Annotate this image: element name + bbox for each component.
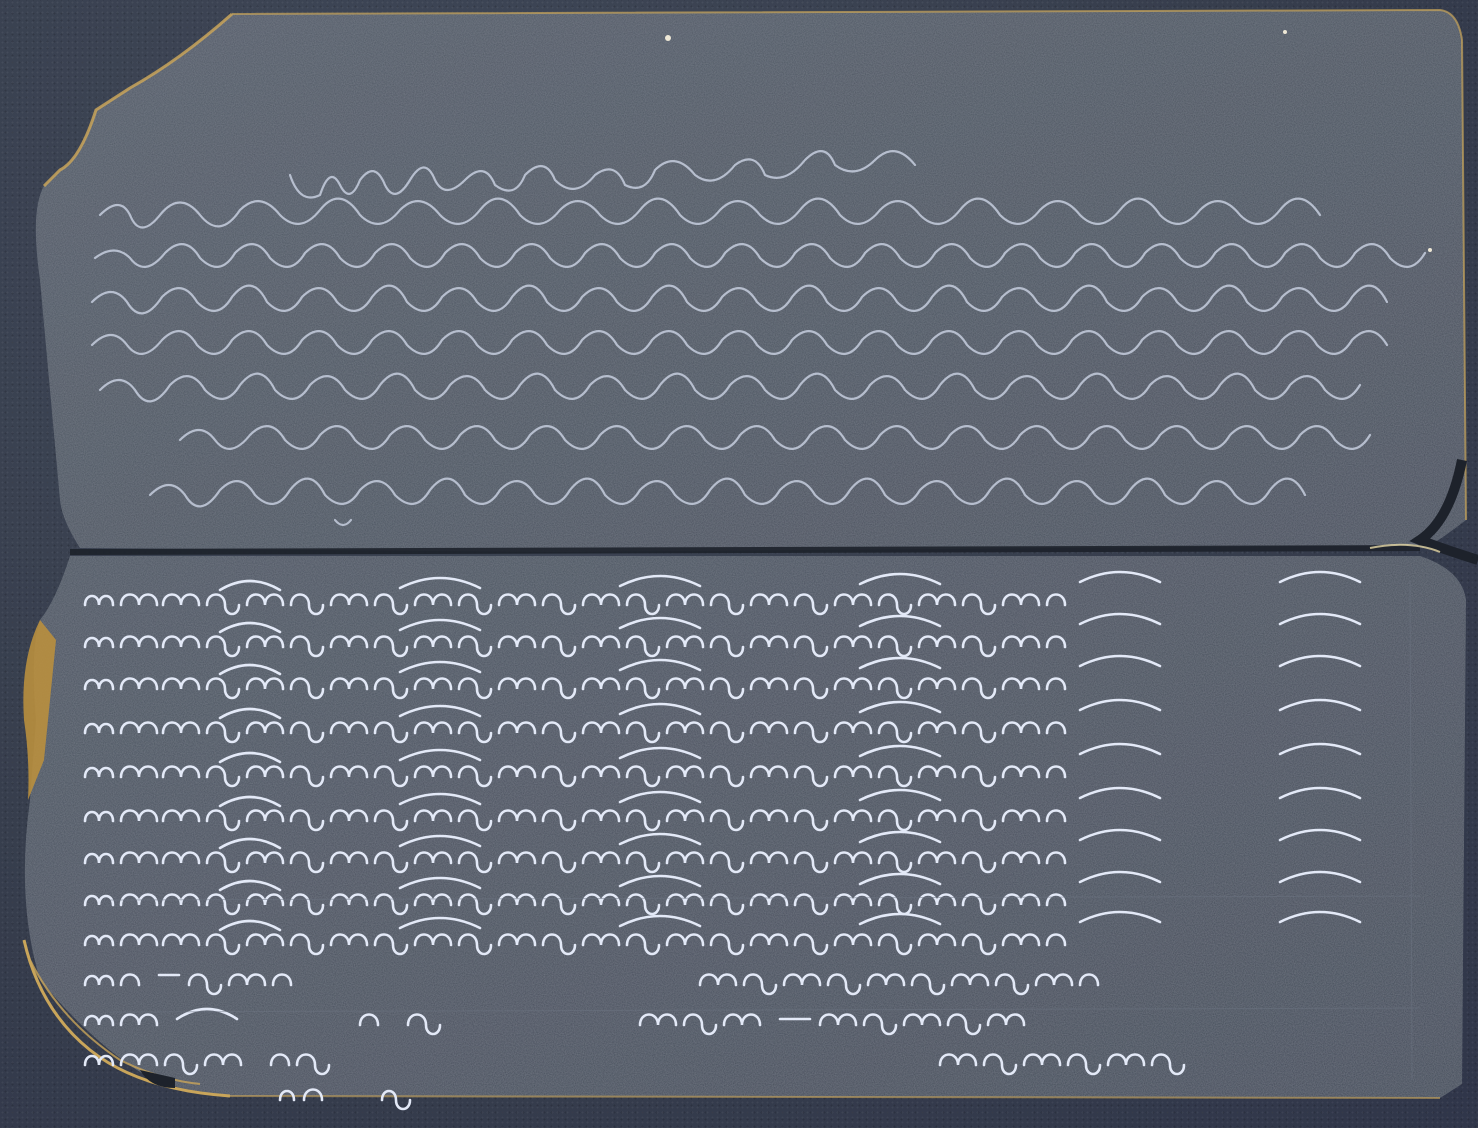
manuscript-photo: Burmese parabaik manuscript, two folded …	[0, 0, 1478, 1128]
fold-line	[70, 548, 1420, 552]
manuscript-pages	[0, 0, 1478, 1128]
